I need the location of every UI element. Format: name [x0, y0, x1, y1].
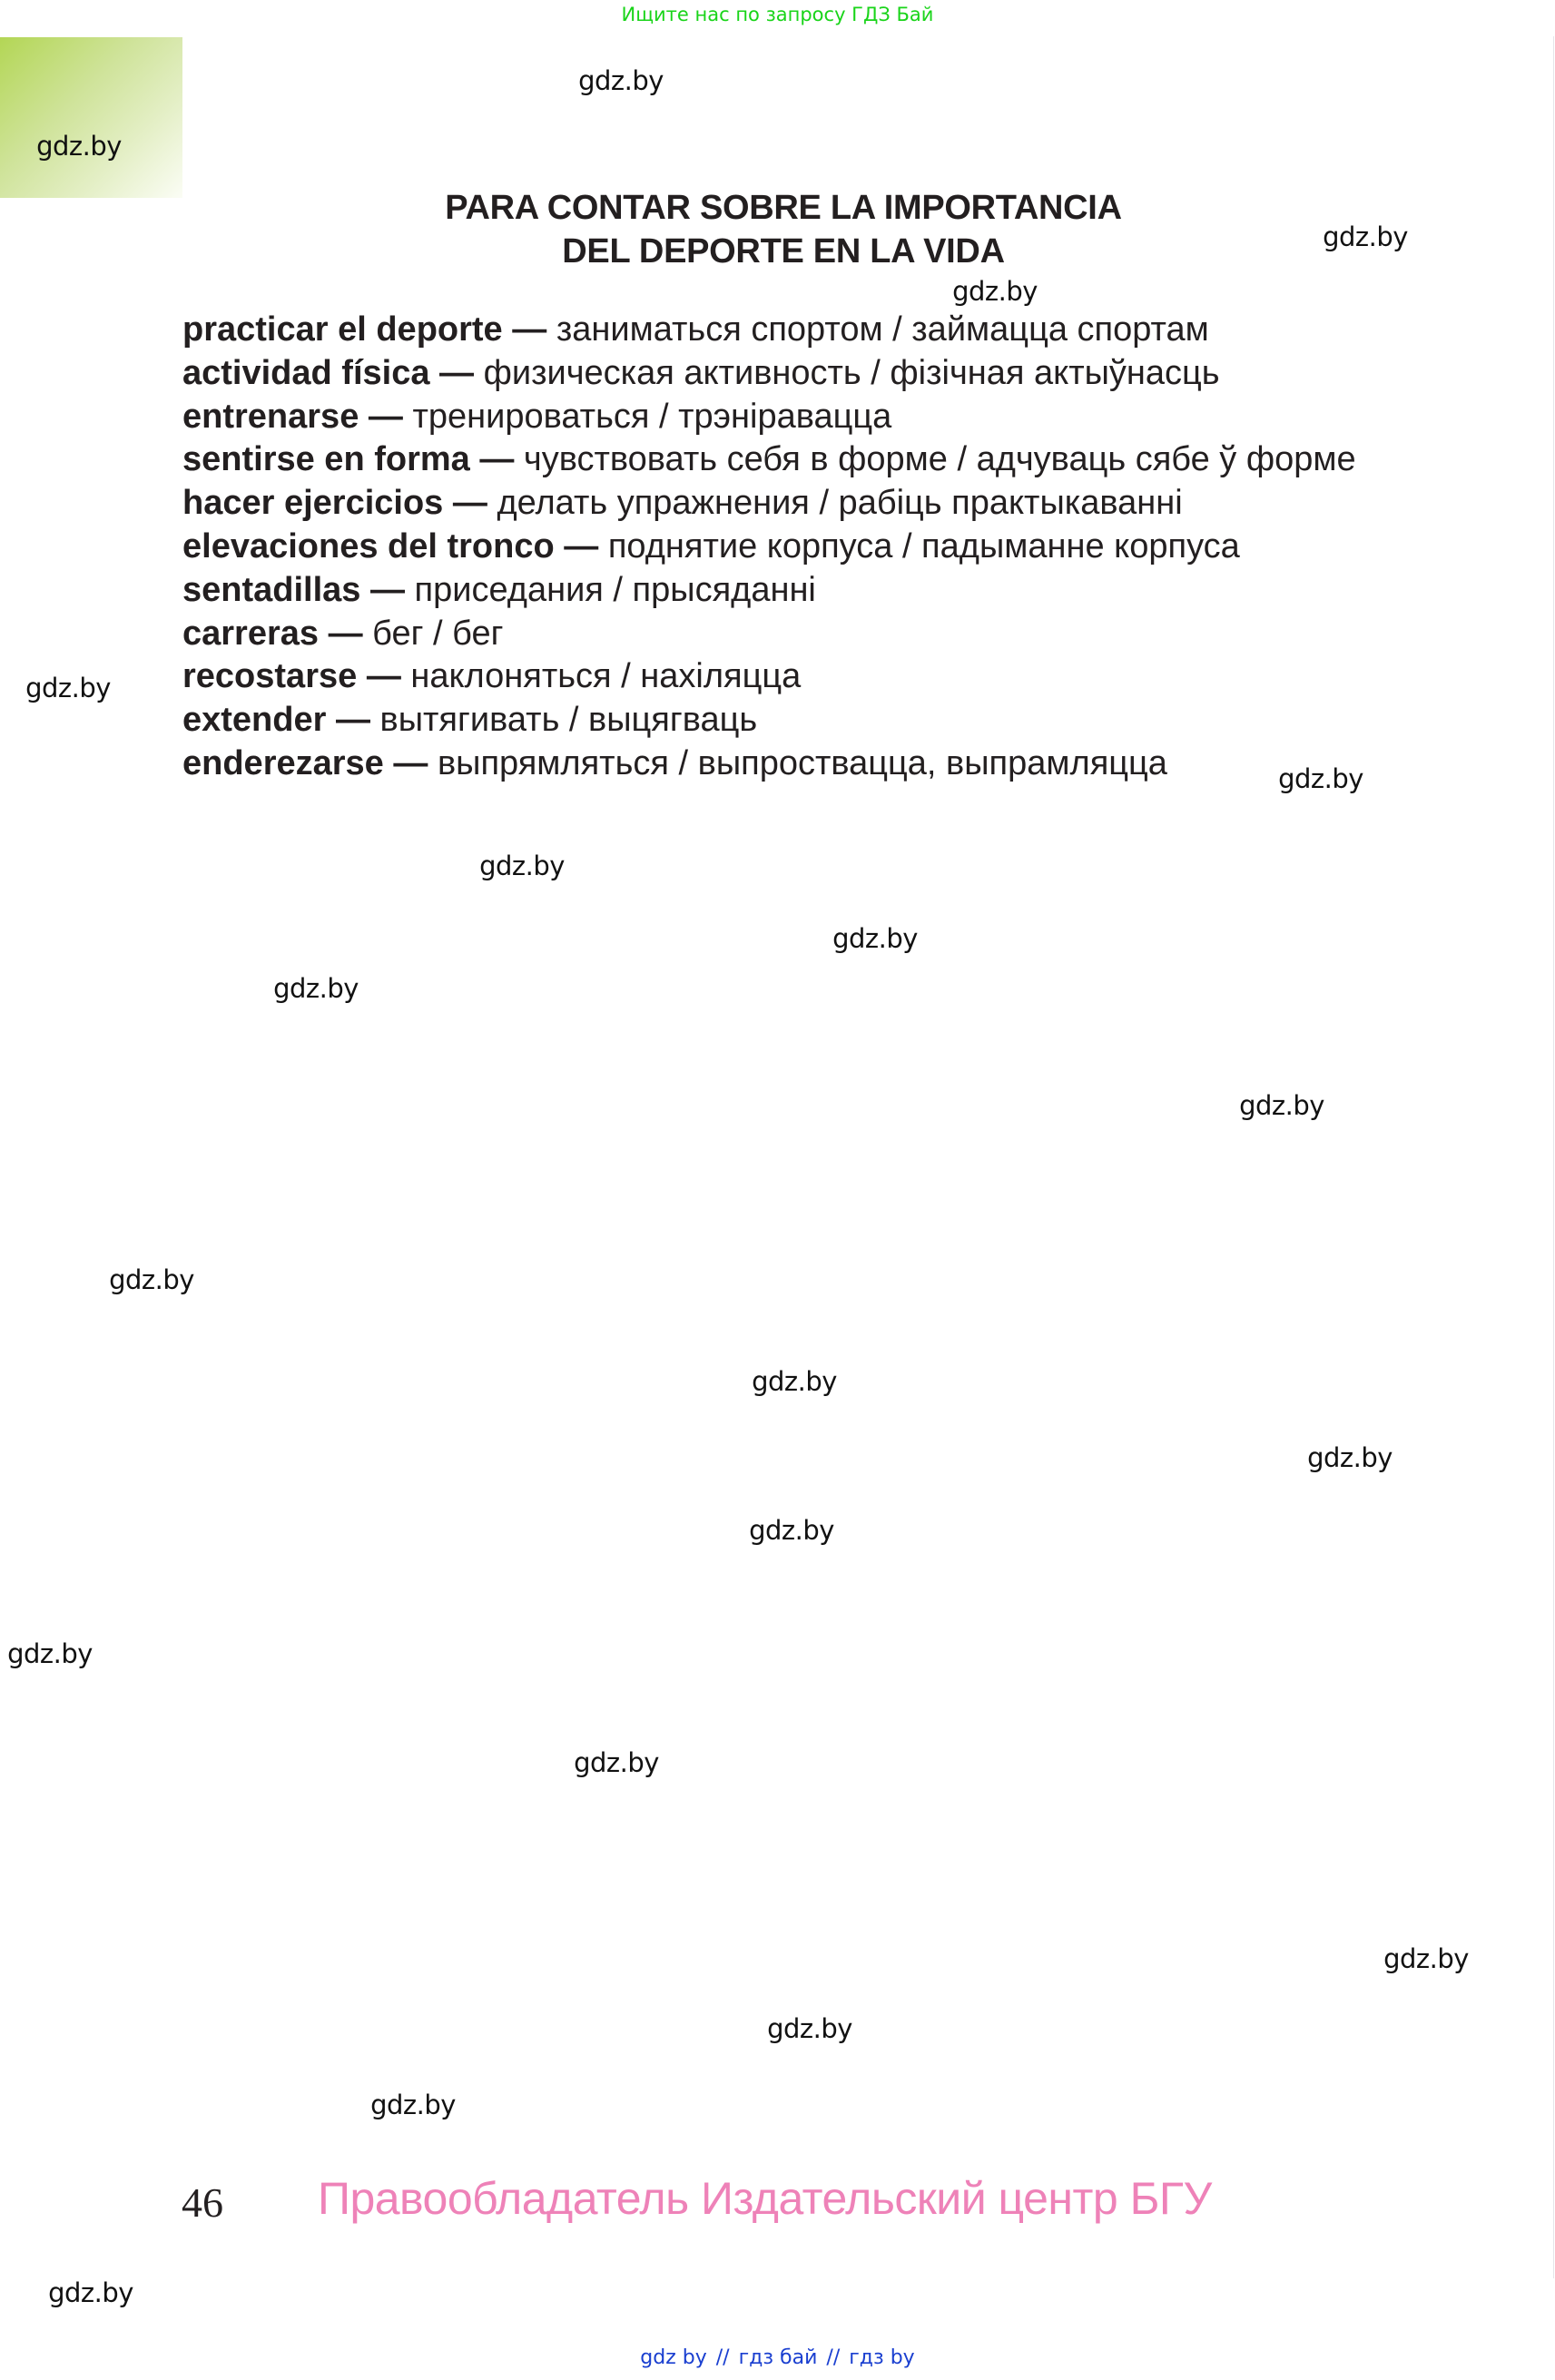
watermark: gdz.by	[25, 673, 111, 703]
spanish-term: carreras	[182, 615, 319, 653]
spanish-term: actividad física	[182, 354, 429, 392]
translation: бег / бег	[372, 615, 503, 653]
watermark: gdz.by	[749, 1515, 834, 1546]
translation: физическая активность / фізічная актыўна…	[484, 354, 1220, 392]
link-separator: //	[716, 2346, 730, 2369]
translation: вытягивать / выцягваць	[380, 701, 758, 739]
copyright-notice: Правообладатель Издательский центр БГУ	[318, 2172, 1212, 2225]
dash: —	[439, 354, 474, 392]
vocabulary-item: sentadillas — приседания / прысяданні	[182, 569, 1385, 613]
watermark: gdz.by	[1239, 1090, 1324, 1121]
vocabulary-item: hacer ejercicios — делать упражнения / р…	[182, 482, 1385, 526]
translation: выпрямляться / выпроствацца, выпрамляцца	[438, 744, 1167, 782]
spanish-term: enderezarse	[182, 744, 384, 782]
watermark: gdz.by	[574, 1747, 659, 1778]
watermark: gdz.by	[767, 2013, 852, 2044]
translation: чувствовать себя в форме / адчуваць сябе…	[524, 440, 1356, 478]
page-edge-line	[1553, 36, 1554, 2278]
translation: поднятие корпуса / падыманне корпуса	[608, 527, 1240, 565]
watermark: gdz.by	[48, 2277, 133, 2308]
spanish-term: sentirse en forma	[182, 440, 470, 478]
vocabulary-item: enderezarse — выпрямляться / выпроствацц…	[182, 743, 1385, 786]
vocabulary-item: entrenarse — тренироваться / трэніравацц…	[182, 396, 1385, 439]
translation: наклоняться / нахіляцца	[410, 657, 801, 695]
dash: —	[336, 701, 370, 739]
dash: —	[329, 615, 363, 653]
page-number: 46	[182, 2178, 223, 2227]
top-banner: Ищите нас по запросу ГДЗ Бай	[0, 4, 1555, 25]
spanish-term: extender	[182, 701, 326, 739]
vocabulary-item: carreras — бег / бег	[182, 613, 1385, 656]
translation: приседания / прысяданні	[415, 571, 816, 609]
watermark: gdz.by	[479, 851, 565, 881]
dash: —	[564, 527, 598, 565]
vocabulary-item: actividad física — физическая активность…	[182, 352, 1385, 396]
spanish-term: sentadillas	[182, 571, 360, 609]
heading-line-2: DEL DEPORTE EN LA VIDA	[182, 230, 1385, 273]
dash: —	[393, 744, 428, 782]
translation: тренироваться / трэніравацца	[412, 398, 891, 436]
corner-color-tab	[0, 37, 182, 198]
watermark: gdz.by	[109, 1264, 194, 1295]
watermark: gdz.by	[273, 973, 359, 1004]
spanish-term: recostarse	[182, 657, 357, 695]
spanish-term: practicar el deporte	[182, 310, 503, 349]
bottom-links: gdz by//гдз бай//гдз by	[0, 2346, 1555, 2369]
dash: —	[453, 484, 487, 522]
translation: делать упражнения / рабіць практыкаванні	[497, 484, 1182, 522]
vocabulary-item: practicar el deporte — заниматься спорто…	[182, 309, 1385, 352]
dash: —	[370, 571, 405, 609]
link-gdz-bai[interactable]: гдз бай	[739, 2346, 818, 2369]
dash: —	[512, 310, 546, 349]
link-separator: //	[826, 2346, 840, 2369]
dash: —	[479, 440, 514, 478]
section-heading: PARA CONTAR SOBRE LA IMPORTANCIA DEL DEP…	[182, 186, 1385, 273]
link-gdz-by[interactable]: gdz by	[640, 2346, 706, 2369]
spanish-term: hacer ejercicios	[182, 484, 443, 522]
vocabulary-item: extender — вытягивать / выцягваць	[182, 699, 1385, 743]
dash: —	[369, 398, 403, 436]
vocabulary-item: recostarse — наклоняться / нахіляцца	[182, 655, 1385, 699]
watermark: gdz.by	[1307, 1442, 1393, 1473]
watermark: gdz.by	[578, 65, 664, 96]
watermark: gdz.by	[7, 1638, 93, 1669]
dash: —	[367, 657, 401, 695]
vocabulary-item: sentirse en forma — чувствовать себя в ф…	[182, 438, 1385, 482]
vocabulary-item: elevaciones del tronco — поднятие корпус…	[182, 526, 1385, 569]
watermark: gdz.by	[752, 1366, 837, 1397]
watermark: gdz.by	[370, 2090, 456, 2120]
watermark: gdz.by	[36, 131, 122, 162]
watermark: gdz.by	[952, 276, 1038, 307]
heading-line-1: PARA CONTAR SOBRE LA IMPORTANCIA	[182, 186, 1385, 230]
link-gdz-by-cyrillic[interactable]: гдз by	[849, 2346, 914, 2369]
watermark: gdz.by	[1383, 1943, 1469, 1974]
spanish-term: elevaciones del tronco	[182, 527, 555, 565]
translation: заниматься спортом / займацца спортам	[556, 310, 1209, 349]
vocabulary-list: practicar el deporte — заниматься спорто…	[182, 309, 1385, 786]
spanish-term: entrenarse	[182, 398, 359, 436]
watermark: gdz.by	[832, 923, 918, 954]
